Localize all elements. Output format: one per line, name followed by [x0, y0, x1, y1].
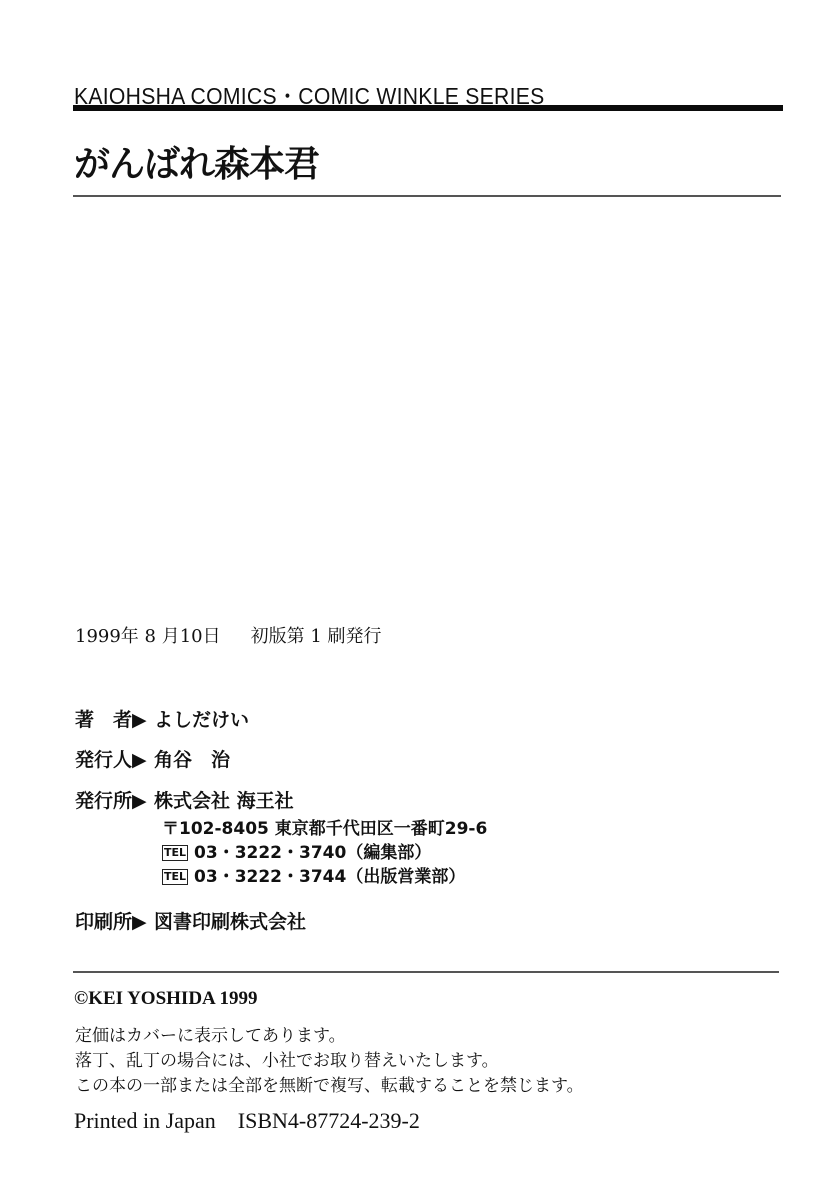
printed-in: Printed in Japan [74, 1108, 216, 1133]
publisher-person-row: 発行人▶角谷 治 [75, 745, 230, 772]
reproduction-note: この本の一部または全部を無断で複写、転載することを禁じます。 [75, 1071, 584, 1096]
publisher-person-name: 角谷 治 [154, 749, 230, 771]
copyright: ©KEI YOSHIDA 1999 [74, 988, 257, 1010]
publisher-name: 株式会社 海王社 [154, 790, 294, 812]
tel-icon: TEL [162, 845, 188, 861]
publication-line: 1999年 8 月10日初版第 1 刷発行 [75, 622, 382, 648]
printer-name: 図書印刷株式会社 [154, 911, 306, 933]
tel-editorial: 03・3222・3740（編集部） [194, 843, 431, 863]
replacement-note: 落丁、乱丁の場合には、小社でお取り替えいたします。 [75, 1046, 499, 1071]
printer-label: 印刷所▶ [75, 907, 154, 934]
title-divider [73, 195, 781, 197]
publication-date: 1999年 8 月10日 [75, 626, 221, 647]
footer-divider [73, 971, 779, 973]
publisher-row: 発行所▶株式会社 海王社 [75, 786, 294, 813]
author-label: 著 者▶ [75, 705, 154, 732]
author-name: よしだけい [154, 709, 249, 731]
tel-sales-row: TEL03・3222・3744（出版営業部） [162, 862, 465, 887]
printed-line: Printed in JapanISBN4-87724-239-2 [74, 1108, 420, 1134]
book-title: がんばれ森本君 [74, 136, 319, 187]
publisher-person-label: 発行人▶ [75, 745, 154, 772]
thick-divider [73, 105, 783, 111]
tel-sales: 03・3222・3744（出版営業部） [194, 867, 465, 887]
isbn: ISBN4-87724-239-2 [238, 1108, 420, 1133]
author-row: 著 者▶よしだけい [75, 705, 249, 732]
tel-icon: TEL [162, 869, 188, 885]
edition-info: 初版第 1 刷発行 [251, 626, 382, 647]
publisher-label: 発行所▶ [75, 786, 154, 813]
price-note: 定価はカバーに表示してあります。 [75, 1021, 346, 1046]
printer-row: 印刷所▶図書印刷株式会社 [75, 907, 306, 934]
tel-editorial-row: TEL03・3222・3740（編集部） [162, 838, 431, 863]
publisher-address: 〒102-8405 東京都千代田区一番町29-6 [162, 814, 487, 839]
